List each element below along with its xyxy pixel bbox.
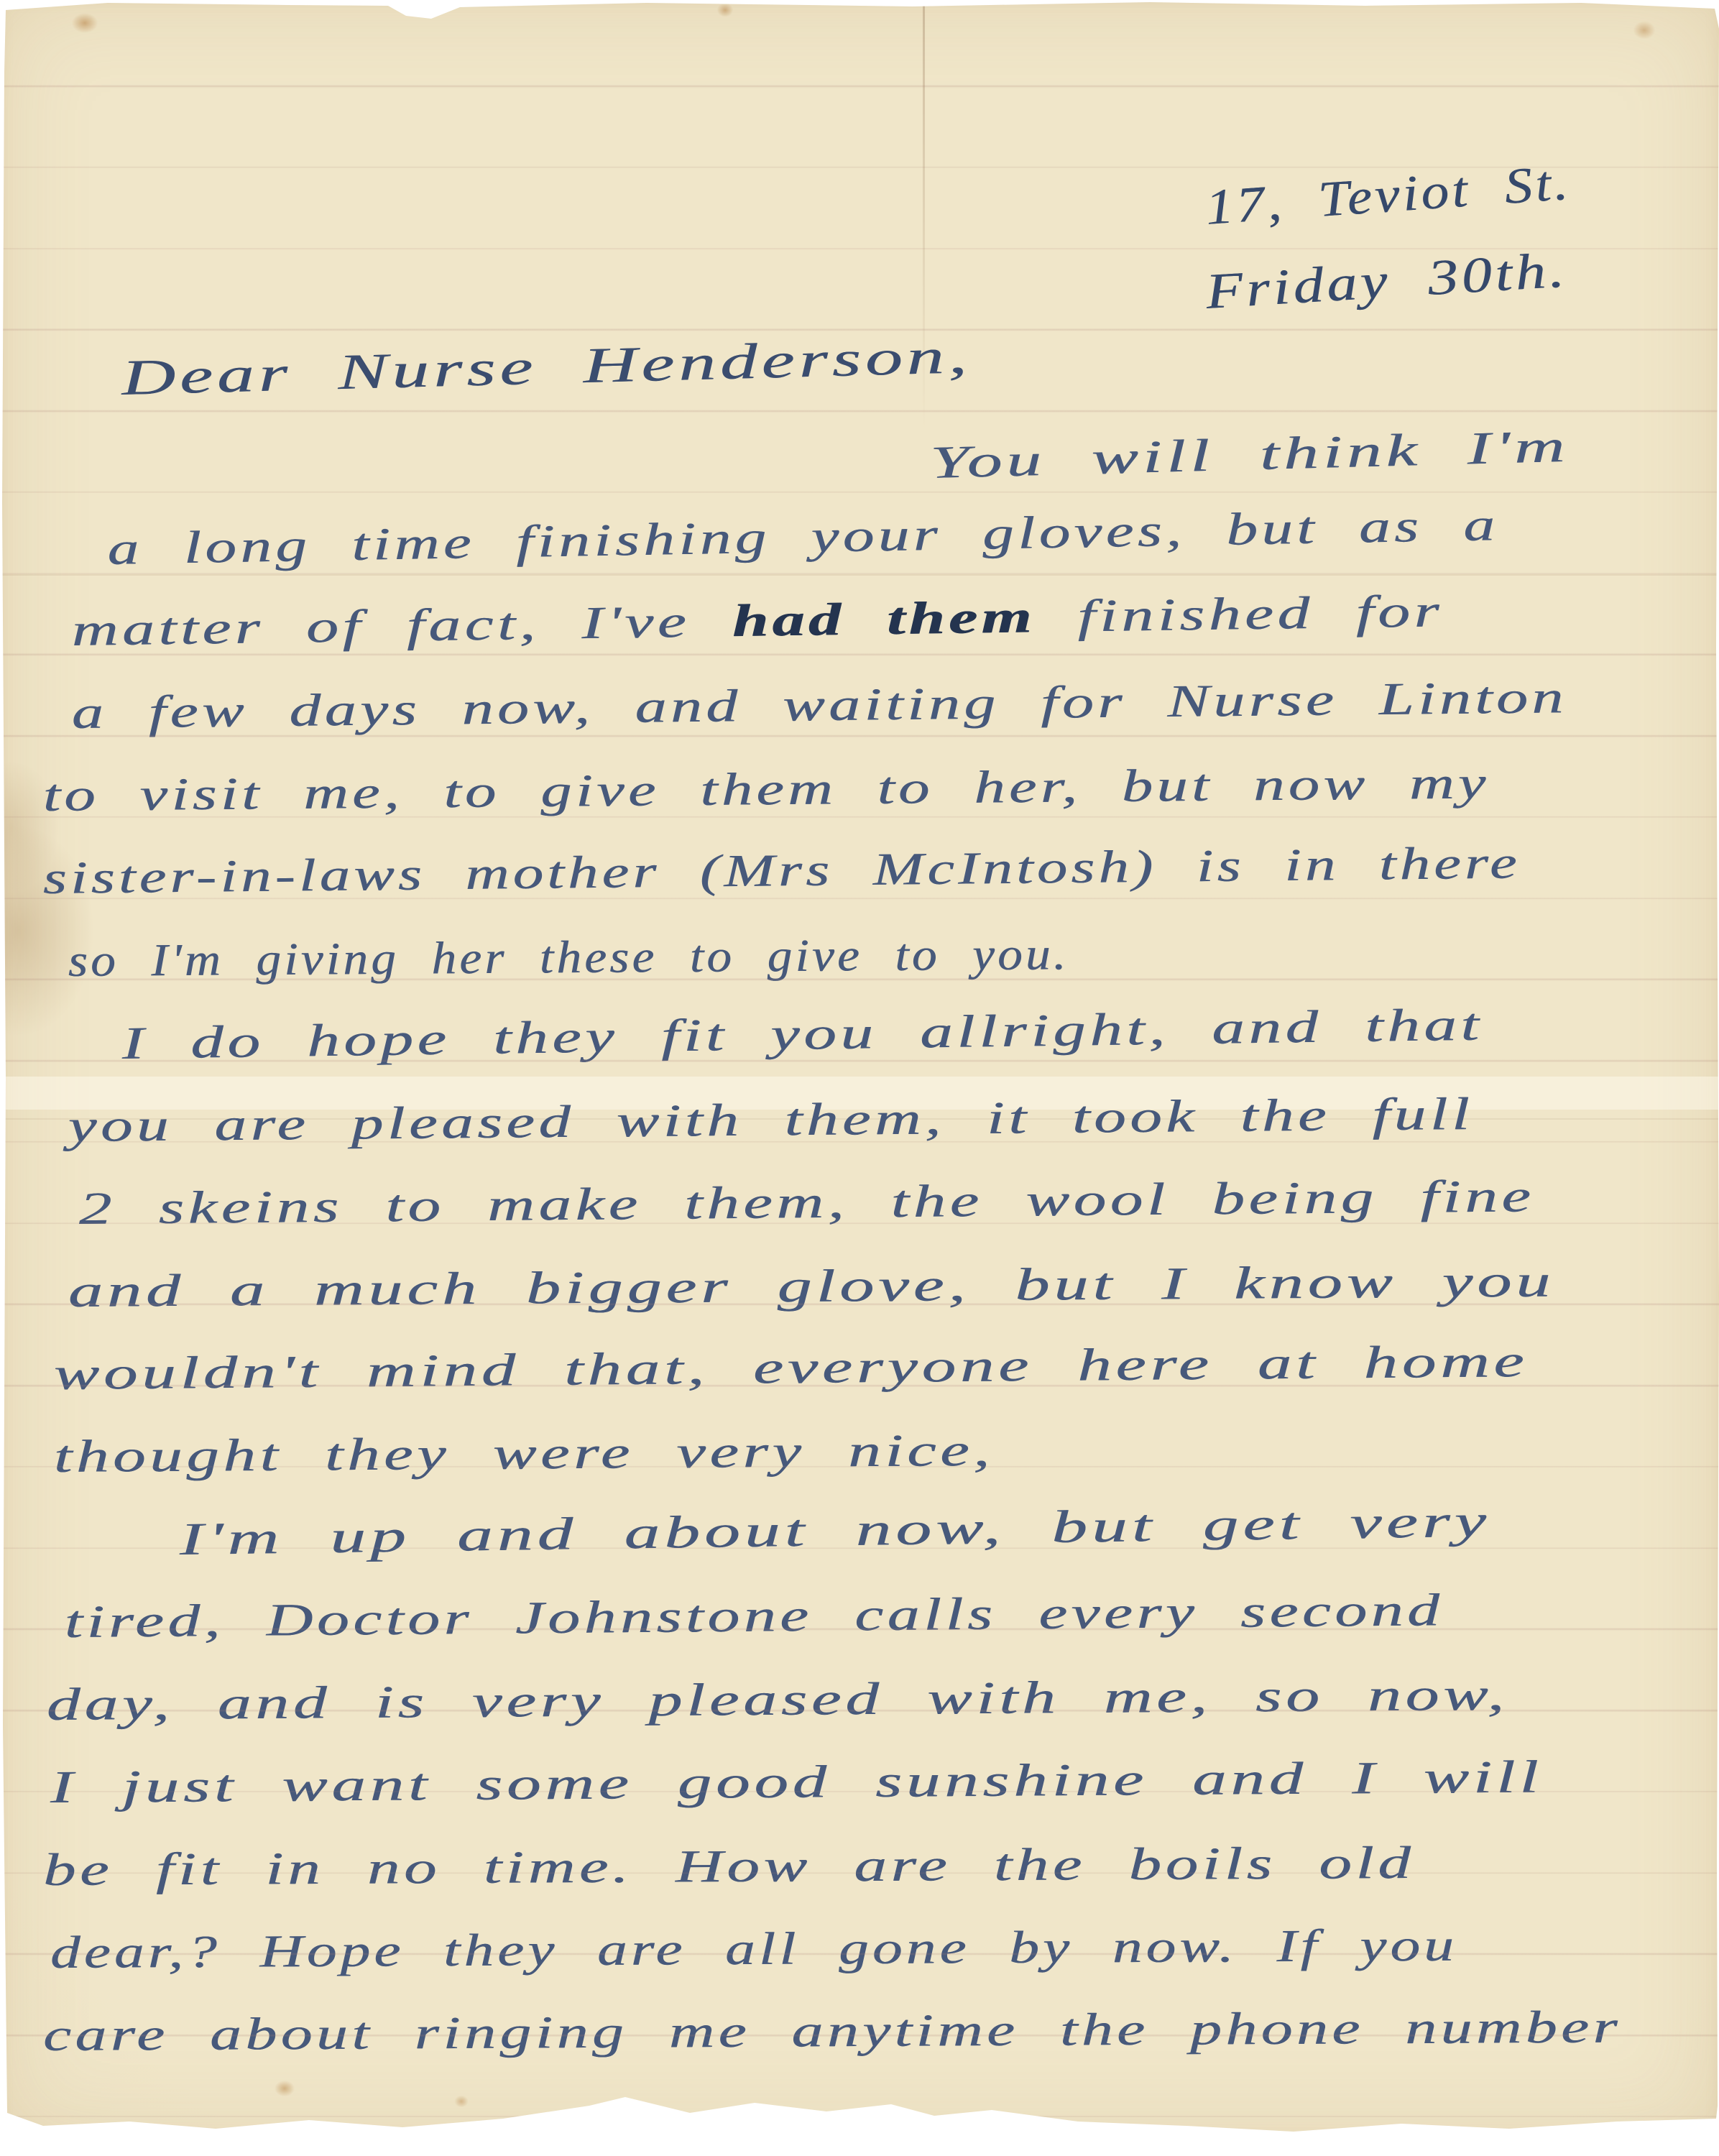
address-line: 17, Teviot St. <box>1204 158 1572 234</box>
letter-line: matter of fact, I've had them finished f… <box>71 588 1443 653</box>
letter-line: so I'm giving her these to give to you. <box>68 931 1069 984</box>
letter-line: You will think I'm <box>929 423 1569 486</box>
letter-line: sister-in-laws mother (Mrs McIntosh) is … <box>42 839 1521 901</box>
letter-line: I do hope they fit you allright, and tha… <box>121 1002 1483 1067</box>
letter-line: care about ringing me anytime the phone … <box>43 2004 1621 2058</box>
letter-line: wouldn't mind that, everyone here at hom… <box>53 1338 1528 1397</box>
letter-line: thought they were very nice, <box>54 1427 994 1480</box>
overwritten-words: had them <box>732 591 1036 646</box>
letter-line: to visit me, to give them to her, but no… <box>42 760 1489 819</box>
salutation: Dear Nurse Henderson, <box>121 331 972 404</box>
date-line: Friday 30th. <box>1204 245 1569 318</box>
letter-line: a long time finishing your gloves, but a… <box>107 502 1499 572</box>
letter-paper: 17, Teviot St. Friday 30th. Dear Nurse H… <box>0 0 1719 2140</box>
letter-line: dear,? Hope they are all gone by now. If… <box>50 1922 1457 1976</box>
letter-line: and a much bigger glove, but I know you <box>68 1258 1555 1314</box>
letter-line: a few days now, and waiting for Nurse Li… <box>71 674 1567 736</box>
letter-line: day, and is very pleased with me, so now… <box>47 1672 1508 1728</box>
letter-line: tired, Doctor Johnstone calls every seco… <box>64 1587 1443 1645</box>
letter-line: I'm up and about now, but get very <box>179 1498 1490 1562</box>
paper-crease-horizontal <box>0 574 1719 576</box>
letter-line: be fit in no time. How are the boils old <box>43 1840 1415 1893</box>
line-segment: matter of fact, I've <box>71 595 732 655</box>
letter-line: you are pleased with them, it took the f… <box>68 1091 1473 1149</box>
letter-line: 2 skeins to make them, the wool being fi… <box>78 1173 1534 1232</box>
letter-line: I just want some good sunshine and I wil… <box>50 1754 1543 1810</box>
line-segment: finished for <box>1035 585 1443 642</box>
letter-scan: 17, Teviot St. Friday 30th. Dear Nurse H… <box>0 0 1719 2156</box>
